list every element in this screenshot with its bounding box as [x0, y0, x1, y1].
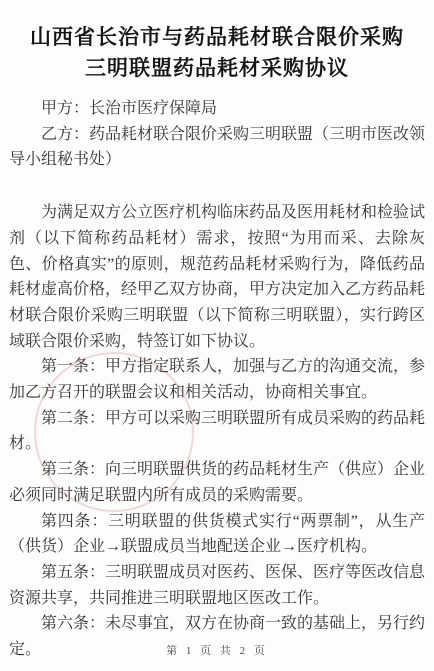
document-body: 甲方：长治市医疗保障局 乙方：药品耗材联合限价采购三明联盟（三明市医改领导小组秘… — [9, 96, 425, 663]
document-title: 山西省长治市与药品耗材联合限价采购 三明联盟药品耗材采购协议 — [9, 22, 425, 84]
clause-4-paragraph: 第四条：三明联盟的供货模式实行“两票制”，从生产（供货）企业→联盟成员当地配送企… — [9, 509, 425, 560]
page-number-footer: 第 1 页 共 2 页 — [0, 642, 434, 658]
document-page: 山西省长治市与药品耗材联合限价采购 三明联盟药品耗材采购协议 甲方：长治市医疗保… — [0, 0, 434, 671]
party-a-line: 甲方：长治市医疗保障局 — [9, 96, 425, 122]
party-b-line: 乙方：药品耗材联合限价采购三明联盟（三明市医改领导小组秘书处） — [9, 122, 425, 173]
preamble-paragraph: 为满足双方公立医疗机构临床药品及医用耗材和检验试剂（以下简称药品耗材）需求，按照… — [9, 200, 425, 354]
parties-block: 甲方：长治市医疗保障局 乙方：药品耗材联合限价采购三明联盟（三明市医改领导小组秘… — [9, 96, 425, 173]
clause-3-paragraph: 第三条：向三明联盟供货的药品耗材生产（供应）企业必须同时满足联盟内所有成员的采购… — [9, 457, 425, 508]
clause-2-paragraph: 第二条：甲方可以采购三明联盟所有成员采购的药品耗材。 — [9, 406, 425, 457]
clause-1-paragraph: 第一条：甲方指定联系人，加强与乙方的沟通交流，参加乙方召开的联盟会议和相关活动，… — [9, 354, 425, 405]
document-title-line-1: 山西省长治市与药品耗材联合限价采购 — [9, 22, 425, 53]
document-title-line-2: 三明联盟药品耗材采购协议 — [9, 53, 425, 84]
clause-5-paragraph: 第五条：三明联盟成员对医药、医保、医疗等医改信息资源共享，共同推进三明联盟地区医… — [9, 560, 425, 611]
